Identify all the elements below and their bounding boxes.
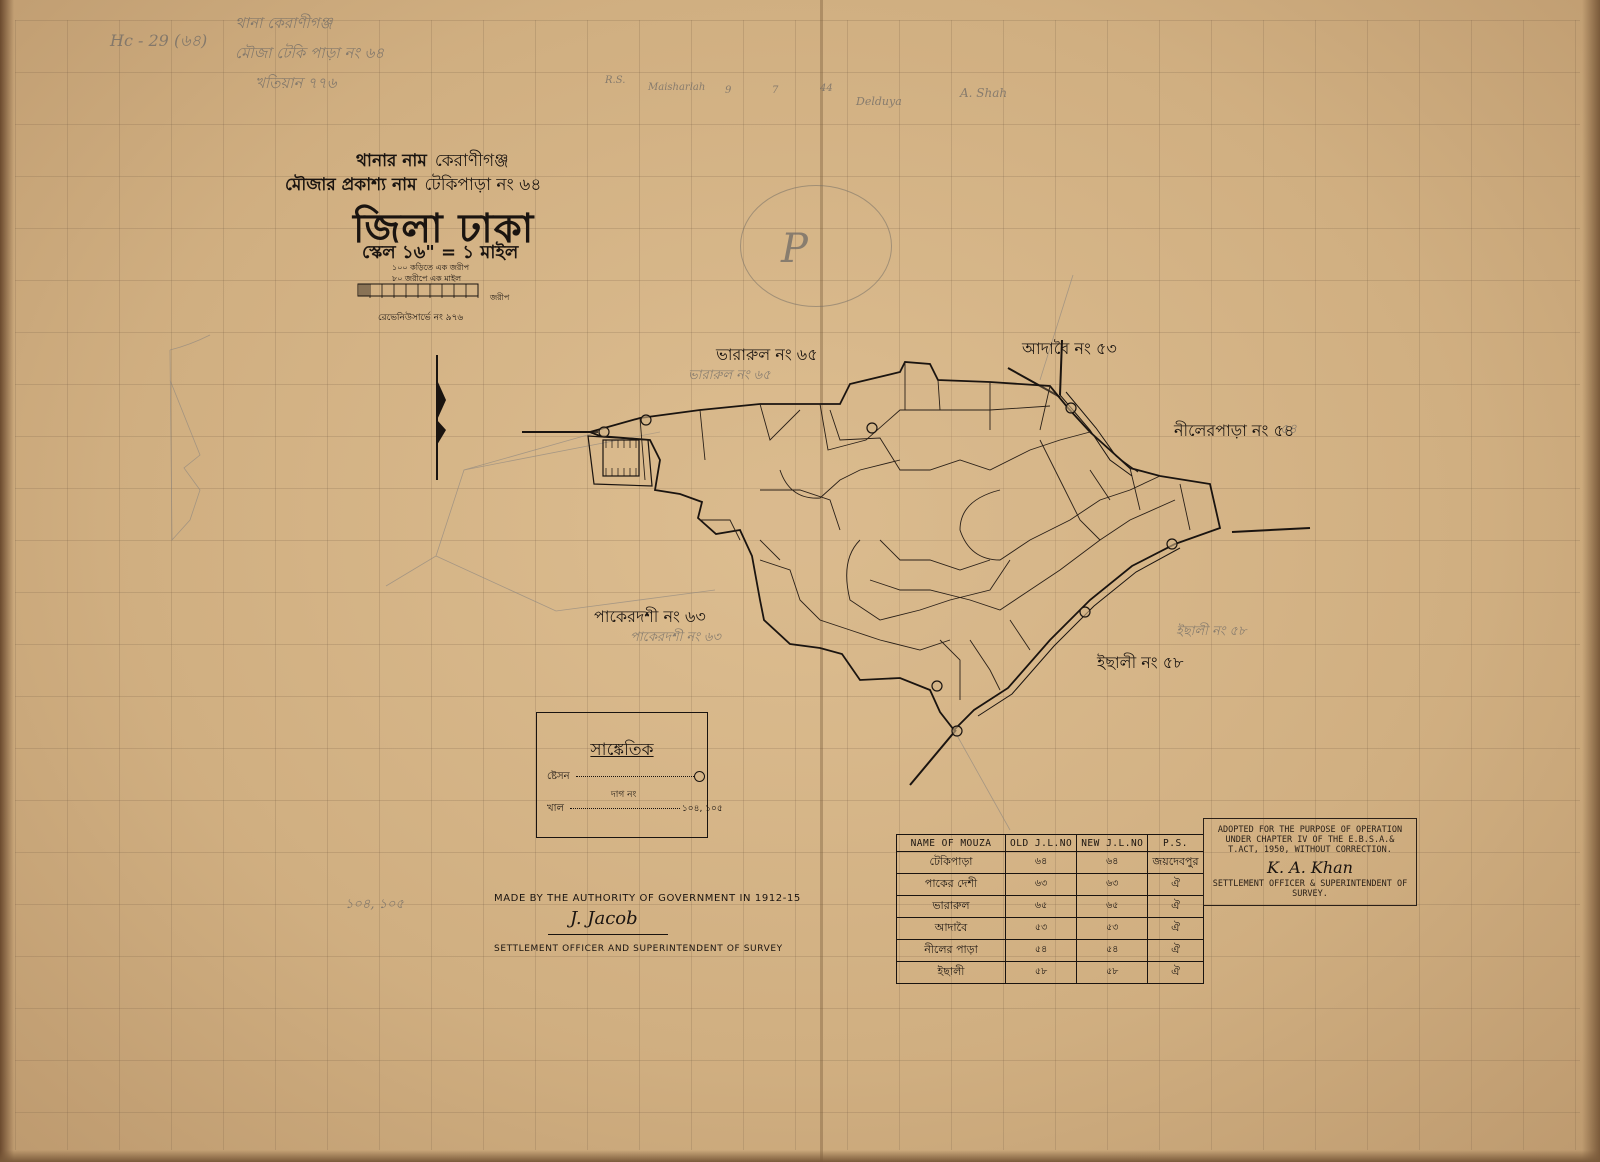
legend-station-label: ষ্টেসন [547, 771, 570, 782]
adjacent-mouza-pakerdashi: পাকেরদশী নং ৬৩ [594, 604, 706, 631]
adopted-signature: K. A. Khan [1212, 858, 1408, 877]
map-sheet: Hc - 29 (৬৪) থানা কেরাণীগঞ্জ মৌজা টেকি প… [0, 0, 1600, 1162]
legend-khal-label: খাল [547, 803, 564, 814]
table-header-row: NAME OF MOUZA OLD J.L.NO NEW J.L.NO P.S. [897, 835, 1204, 852]
authority-signature: J. Jacob [570, 908, 638, 929]
col-ps: P.S. [1148, 835, 1203, 852]
table-row: নীলের পাড়া ৫৪ ৫৪ ঐ [897, 940, 1204, 962]
adopted-officer: SETTLEMENT OFFICER & SUPERINTENDENT OF S… [1212, 879, 1408, 899]
col-new-jl-no: NEW J.L.NO [1077, 835, 1148, 852]
adopted-text: ADOPTED FOR THE PURPOSE OF OPERATION UND… [1212, 825, 1408, 856]
col-old-jl-no: OLD J.L.NO [1006, 835, 1077, 852]
mouza-table-container: NAME OF MOUZA OLD J.L.NO NEW J.L.NO P.S.… [896, 834, 1204, 984]
north-arrow-icon [437, 355, 446, 480]
table-row: ভারারুল ৬৫ ৬৫ ঐ [897, 896, 1204, 918]
mouza-table: NAME OF MOUZA OLD J.L.NO NEW J.L.NO P.S.… [896, 834, 1204, 984]
pencil-nilerpara: ৫৪ [1280, 420, 1297, 441]
mouza-map-drawing [0, 0, 1600, 1162]
adjacent-mouza-ichhali: ইছালী নং ৫৮ [1097, 650, 1184, 677]
legend-dag-label: দাগ নং [611, 787, 636, 802]
pencil-ichhali: ইছালী নং ৫৮ [1176, 622, 1246, 643]
legend-station-row: ষ্টেসন [547, 769, 705, 786]
table-row: টেকিপাড়া ৬৪ ৬৪ জয়দেবপুর [897, 852, 1204, 874]
table-row: পাকের দেশী ৬৩ ৬৩ ঐ [897, 874, 1204, 896]
pencil-bharakul: ভারারুল নং ৬৫ [688, 366, 771, 387]
legend-dag-values: ১০৪, ১০৫ [682, 804, 723, 814]
table-row: ইছালী ৫৮ ৫৮ ঐ [897, 962, 1204, 984]
pencil-pakerdashi: পাকেরদশী নং ৬৩ [630, 628, 721, 649]
adjacent-mouza-nilerpara: নীলেরপাড়া নং ৫৪ [1174, 418, 1294, 445]
made-by-authority-text: MADE BY THE AUTHORITY OF GOVERNMENT IN 1… [494, 893, 801, 904]
legend-box: সাঙ্কেতিক ষ্টেসন দাগ নং খাল১০৪, ১০৫ [536, 712, 708, 838]
adjacent-mouza-bharakul: ভারারুল নং ৬৫ [716, 342, 818, 369]
col-name-of-mouza: NAME OF MOUZA [897, 835, 1006, 852]
table-row: আদাবৈ ৫৩ ৫৩ ঐ [897, 918, 1204, 940]
adjacent-mouza-adabor: আদাবৈ নং ৫৩ [1022, 336, 1117, 363]
legend-title: সাঙ্কেতিক [537, 737, 707, 765]
station-circle-icon [694, 771, 705, 782]
pencil-bottom-note: ১০৪, ১০৫ [345, 895, 404, 916]
legend-khal-row: খাল১০৪, ১০৫ [547, 801, 723, 818]
signature-underline [548, 934, 668, 935]
settlement-officer-text: SETTLEMENT OFFICER AND SUPERINTENDENT OF… [494, 944, 783, 954]
adopted-stamp-box: ADOPTED FOR THE PURPOSE OF OPERATION UND… [1203, 818, 1417, 906]
